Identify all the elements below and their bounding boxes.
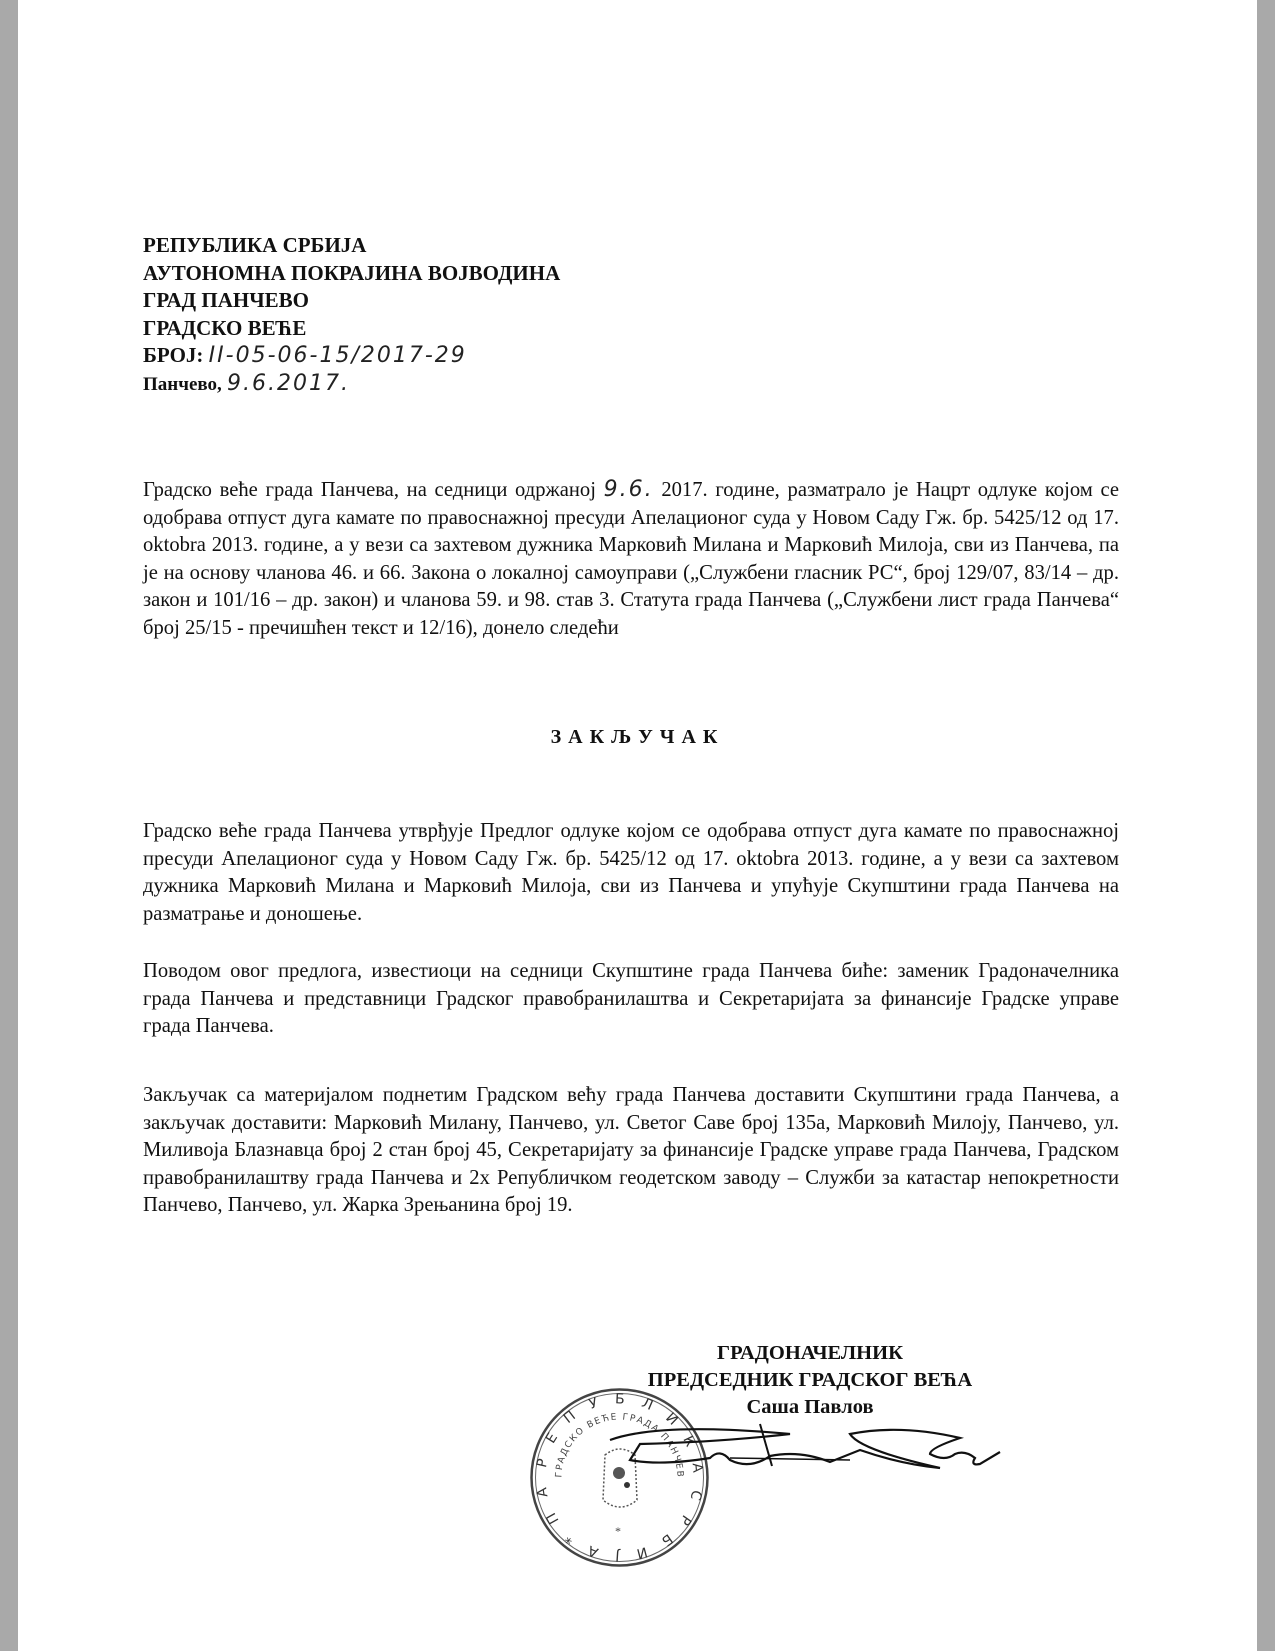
scan-edge-left [0, 0, 18, 1651]
signature-block: ГРАДОНАЧЕЛНИК ПРЕДСЕДНИК ГРАДСКОГ ВЕЋА С… [600, 1340, 1020, 1421]
signatory-name: Саша Павлов [600, 1394, 1020, 1421]
handwritten-signature-icon [600, 1420, 1020, 1480]
signatory-title-mayor: ГРАДОНАЧЕЛНИК [600, 1340, 1020, 1367]
svg-text:*: * [615, 1524, 621, 1538]
header-council: ГРАДСКО ВЕЋЕ [143, 315, 560, 343]
document-title: ЗАКЉУЧАК [0, 726, 1275, 749]
document-number: БРОЈ: II-05-06-15/2017-29 [143, 342, 560, 370]
conclusion-paragraph-2: Поводом овог предлога, известиоци на сед… [143, 958, 1119, 1041]
document-number-label: БРОЈ: [143, 343, 203, 367]
header-province: АУТОНОМНА ПОКРАЈИНА ВОЈВОДИНА [143, 260, 560, 288]
conclusion-paragraph-1: Градско веће града Панчева утврђује Пред… [143, 818, 1119, 928]
document-date-value: 9.6.2017. [227, 371, 350, 396]
document-date: Панчево, 9.6.2017. [143, 370, 560, 399]
header-city: ГРАД ПАНЧЕВО [143, 287, 560, 315]
document-place-label: Панчево, [143, 374, 222, 395]
document-header: РЕПУБЛИКА СРБИЈА АУТОНОМНА ПОКРАЈИНА ВОЈ… [143, 232, 560, 398]
conclusion-paragraph-3: Закључак са материјалом поднетим Градско… [143, 1082, 1119, 1220]
document-number-value: II-05-06-15/2017-29 [209, 343, 467, 368]
intro-paragraph: Градско веће града Панчева, на седници о… [143, 476, 1119, 642]
intro-text-end: 2017. године, разматрало је Нацрт одлуке… [143, 479, 1119, 639]
header-country: РЕПУБЛИКА СРБИЈА [143, 232, 560, 260]
scan-edge-right [1257, 0, 1275, 1651]
signatory-title-president: ПРЕДСЕДНИК ГРАДСКОГ ВЕЋА [600, 1367, 1020, 1394]
intro-text-start: Градско веће града Панчева, на седници о… [143, 479, 604, 501]
session-date: 9.6. [604, 477, 654, 502]
